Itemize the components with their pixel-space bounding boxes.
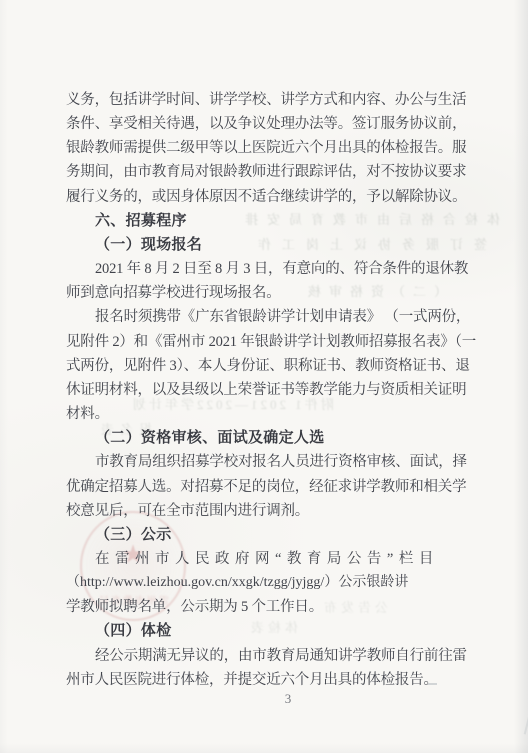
scan-artifact-dash xyxy=(428,683,437,685)
section-heading: （一）现场报名 xyxy=(66,233,466,257)
text-line: 式两份，见附件 3）、本人身份证、职称证书、教师资格证书、退 xyxy=(66,354,466,378)
text-line: 优确定招募人选。对招募不足的岗位，经征求讲学教师和相关学 xyxy=(66,475,466,499)
text-line: 见附件 2）和《雷州市 2021 年银龄讲学计划教师招募报名表》（一 xyxy=(66,330,466,354)
section-heading: （二）资格审核、面试及确定人选 xyxy=(66,426,466,450)
text-line: 休证明材料，以及县级以上荣誉证书等教学能力与资质相关证明 xyxy=(66,378,466,402)
text-line: 银龄教师需提供二级甲等以上医院近六个月出具的体检报告。服 xyxy=(66,136,466,160)
text-line: 报名时须携带《广东省银龄讲学计划申请表》 （一式两份， xyxy=(66,305,466,329)
page-number: 3 xyxy=(280,691,296,707)
url-line: （http://www.leizhou.gov.cn/xxgk/tzgg/jyj… xyxy=(66,571,466,595)
section-heading: （三）公示 xyxy=(66,523,466,547)
scan-artifact-edge xyxy=(524,684,528,735)
text-line: 学教师拟聘名单，公示期为 5 个工作日。 xyxy=(66,595,466,619)
document-body: 义务，包括讲学时间、讲学学校、讲学方式和内容、办公与生活 条件、享受相关待遇，以… xyxy=(66,88,466,692)
text-line: 在雷州市人民政府网“教育局公告”栏目 xyxy=(66,547,466,571)
text-line: 2021 年 8 月 2 日至 8 月 3 日，有意向的、符合条件的退休教 xyxy=(66,257,466,281)
text-line: 校意见后，可在全市范围内进行调剂。 xyxy=(66,499,466,523)
scanned-document-page: { "page": { "number": "3", "paper_color"… xyxy=(0,0,528,753)
section-heading: 六、招募程序 xyxy=(66,209,466,233)
text-line: 州市人民医院进行体检，并提交近六个月出具的体检报告。 xyxy=(66,668,466,692)
text-line: 义务，包括讲学时间、讲学学校、讲学方式和内容、办公与生活 xyxy=(66,88,466,112)
text-line: 经公示期满无异议的，由市教育局通知讲学教师自行前往雷 xyxy=(66,644,466,668)
text-line: 条件、享受相关待遇，以及争议处理办法等。签订服务协议前， xyxy=(66,112,466,136)
section-heading: （四）体检 xyxy=(66,619,466,643)
text-line: 市教育局组织招募学校对报名人员进行资格审核、面试，择 xyxy=(66,450,466,474)
text-line: 务期间，由市教育局对银龄教师进行跟踪评估，对不按协议要求 xyxy=(66,160,466,184)
text-line: 材料。 xyxy=(66,402,466,426)
text-line: 师到意向招募学校进行现场报名。 xyxy=(66,281,466,305)
text-line: 履行义务的，或因身体原因不适合继续讲学的，予以解除协议。 xyxy=(66,185,466,209)
